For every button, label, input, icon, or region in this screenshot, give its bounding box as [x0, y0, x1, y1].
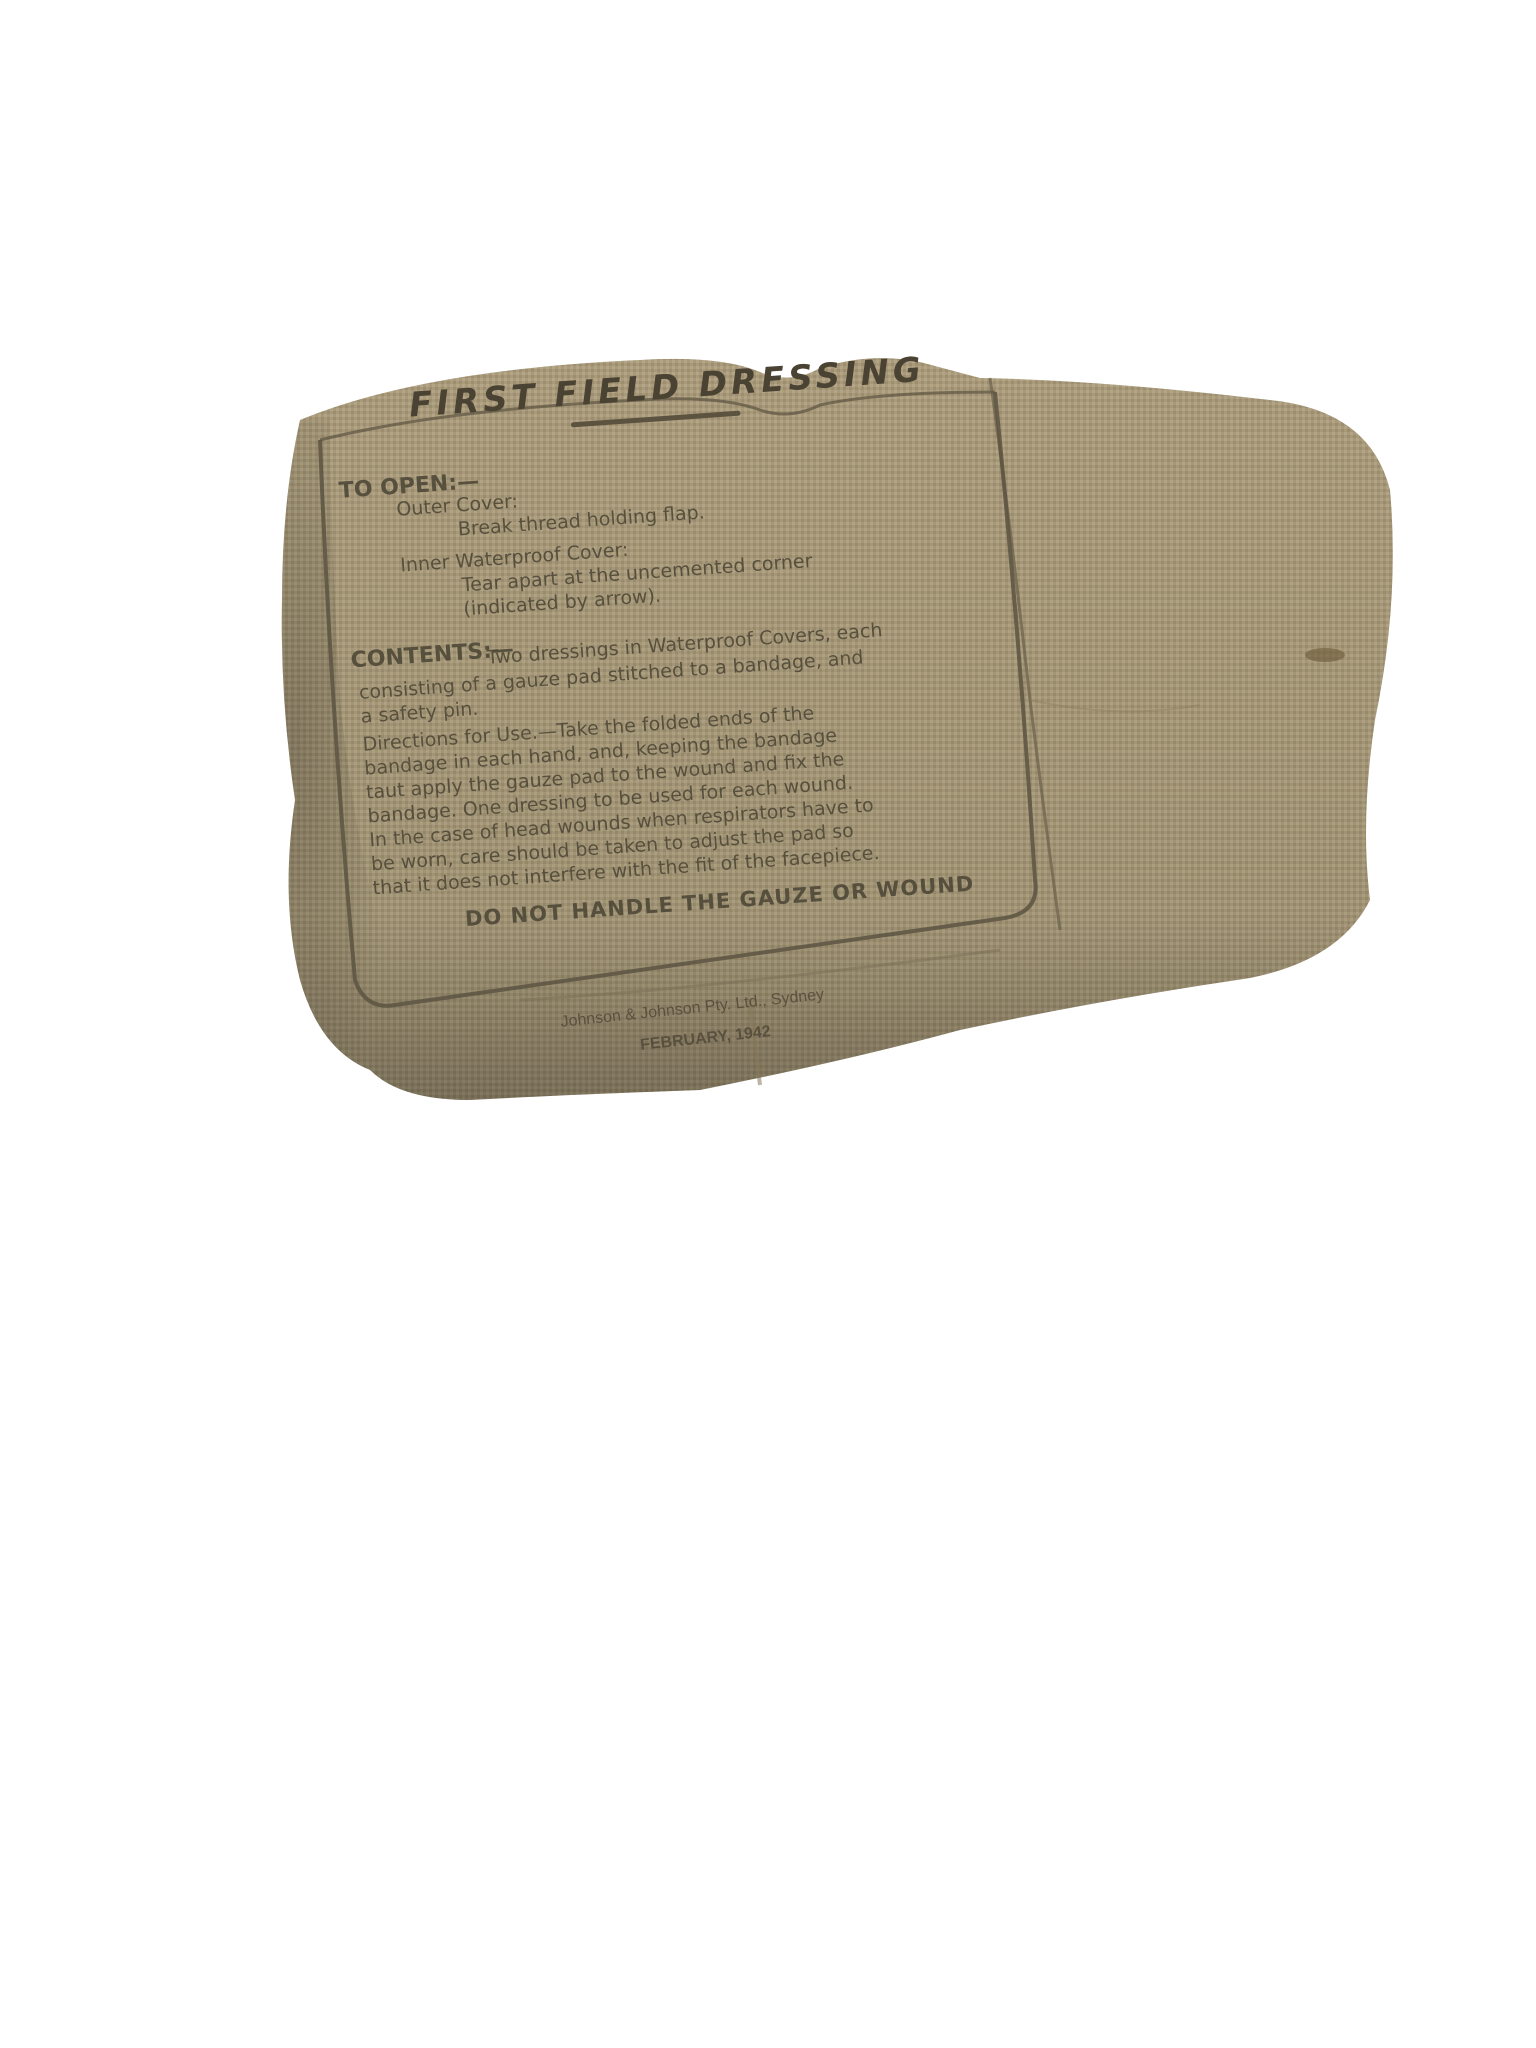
product-photo: FIRST FIELD DRESSING TO OPEN:— Outer Cov… [0, 0, 1536, 2048]
printed-label: FIRST FIELD DRESSING TO OPEN:— Outer Cov… [318, 343, 1055, 950]
title-underline [571, 411, 741, 428]
